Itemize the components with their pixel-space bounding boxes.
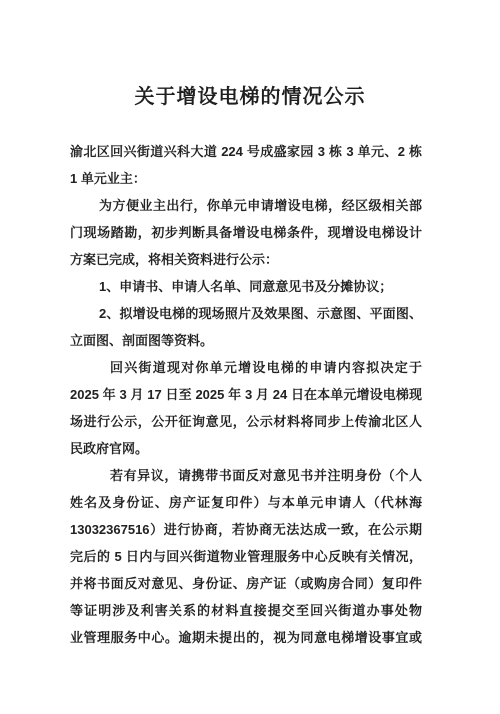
notice-line: 完后的 5 日内与回兴街道物业管理服务中心反映有关情况， [70, 543, 422, 570]
notice-line: 13032367516）进行协商，若协商无法达成一致，在公示期 [70, 516, 422, 543]
notice-line: 渝北区回兴街道兴科大道 224 号成盛家园 3 栋 3 单元、2 栋 [70, 138, 422, 165]
notice-line: 场进行公示，公开征询意见，公示材料将同步上传渝北区人 [70, 408, 422, 435]
notice-page: 关于增设电梯的情况公示 渝北区回兴街道兴科大道 224 号成盛家园 3 栋 3 … [0, 0, 500, 714]
notice-line: 1、申请书、申请人名单、同意意见书及分摊协议； [70, 273, 422, 300]
notice-line: 2、拟增设电梯的现场照片及效果图、示意图、平面图、 [70, 300, 422, 327]
notice-title: 关于增设电梯的情况公示 [0, 80, 500, 109]
notice-line: 立面图、剖面图等资料。 [70, 327, 422, 354]
notice-line: 民政府官网。 [70, 435, 422, 462]
notice-body: 渝北区回兴街道兴科大道 224 号成盛家园 3 栋 3 单元、2 栋 1 单元业… [70, 138, 422, 651]
notice-line: 门现场踏勘，初步判断具备增设电梯条件，现增设电梯设计 [70, 219, 422, 246]
notice-line: 2025 年 3 月 17 日至 2025 年 3 月 24 日在本单元增设电梯… [70, 381, 422, 408]
notice-line: 回兴街道现对你单元增设电梯的申请内容拟决定于 [70, 354, 422, 381]
notice-line: 为方便业主出行，你单元申请增设电梯，经区级相关部 [70, 192, 422, 219]
notice-line: 若有异议，请携带书面反对意见书并注明身份（个人 [70, 462, 422, 489]
notice-line: 等证明涉及利害关系的材料直接提交至回兴街道办事处物 [70, 597, 422, 624]
notice-line: 姓名及身份证、房产证复印件）与本单元申请人（代林海 [70, 489, 422, 516]
notice-line: 业管理服务中心。逾期未提出的，视为同意电梯增设事宜或 [70, 624, 422, 651]
notice-line: 1 单元业主： [70, 165, 422, 192]
notice-line: 方案已完成，将相关资料进行公示： [70, 246, 422, 273]
notice-line: 并将书面反对意见、身份证、房产证（或购房合同）复印件 [70, 570, 422, 597]
